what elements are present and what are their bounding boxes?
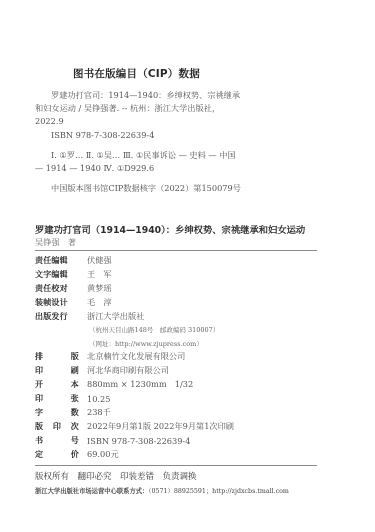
spec-value: 2022年9月第1版 2022年9月第1次印刷 [87, 421, 234, 432]
cip-entry-line-3: 2022.9 [35, 115, 275, 128]
publisher-address: （杭州天目山路148号 邮政编码 310007） [89, 325, 219, 334]
spec-label: 版印次 [35, 421, 79, 432]
spec-row-typesetting: 排版 北京楠竹文化发展有限公司 [35, 350, 185, 363]
spec-value: ISBN 978-7-308-22639-4 [87, 436, 190, 446]
cip-entry-line-1: 罗建功打官司：1914—1940：乡绅权势、宗祧继承 [35, 89, 275, 102]
cip-classification-line-2: — 1914 — 1940 Ⅳ. ①D929.6 [35, 162, 236, 175]
cip-classification: Ⅰ. ①罗… Ⅱ. ①吴… Ⅲ. ①民事诉讼 — 史料 — 中国 — 1914 … [35, 149, 236, 175]
credit-label: 文字编辑 [35, 269, 87, 280]
spec-label: 字数 [35, 407, 79, 418]
spec-label: 印张 [35, 393, 79, 404]
contact-info: 浙江大学出版社市场运营中心联系方式：（0571）88925591；http://… [35, 486, 289, 495]
spec-value: 238千 [87, 407, 111, 418]
spec-row-printing: 印刷 河北华商印刷有限公司 [35, 364, 169, 377]
spec-value: 北京楠竹文化发展有限公司 [87, 351, 185, 362]
rights-notice: 版权所有 翻印必究 印装差错 负责调换 [35, 470, 197, 482]
spec-row-isbn: 书号 ISBN 978-7-308-22639-4 [35, 434, 190, 447]
spec-value: 69.00元 [87, 449, 119, 460]
spec-row-wordcount: 字数 238千 [35, 406, 111, 419]
spec-value: 10.25 [87, 394, 110, 404]
credit-label: 责任校对 [35, 283, 87, 294]
publisher-website: （网址：http://www.zjupress.com） [89, 339, 203, 348]
cip-entry-line-2: 和妇女运动 / 吴铮强著. -- 杭州：浙江大学出版社， [35, 102, 275, 115]
credit-row-text-editor: 文字编辑 王 军 [35, 268, 112, 281]
credit-row-editor: 责任编辑 伏健强 [35, 254, 112, 267]
cip-heading: 图书在版编目（CIP）数据 [73, 66, 200, 81]
bottom-rule [35, 465, 317, 466]
cip-entry: 罗建功打官司：1914—1940：乡绅权势、宗祧继承 和妇女运动 / 吴铮强著.… [35, 89, 275, 128]
cip-classification-line-1: Ⅰ. ①罗… Ⅱ. ①吴… Ⅲ. ①民事诉讼 — 史料 — 中国 [35, 149, 236, 162]
spec-value: 880mm × 1230mm 1/32 [87, 379, 193, 390]
spec-label: 书号 [35, 435, 79, 446]
top-rule [35, 250, 317, 251]
credit-label: 责任编辑 [35, 255, 87, 266]
credit-value: 浙江大学出版社 [87, 311, 144, 322]
cip-verification: 中国版本图书馆CIP数据核字（2022）第150079号 [51, 182, 241, 195]
credit-label: 装帧设计 [35, 297, 87, 308]
contact-label: 浙江大学出版社市场运营中心联系方式： [35, 488, 148, 495]
contact-value: （0571）88925591；http://zjdxcbs.tmall.com [148, 488, 289, 495]
spec-row-sheets: 印张 10.25 [35, 392, 110, 405]
credit-row-publisher: 出版发行 浙江大学出版社 [35, 310, 144, 323]
cip-isbn: ISBN 978-7-308-22639-4 [51, 129, 154, 142]
credit-row-proofreader: 责任校对 黄梦瑶 [35, 282, 112, 295]
credit-row-designer: 装帧设计 毛 淳 [35, 296, 112, 309]
book-title: 罗建功打官司（1914—1940）：乡绅权势、宗祧继承和妇女运动 [35, 222, 305, 236]
credit-value: 黄梦瑶 [87, 283, 112, 294]
spec-label: 定价 [35, 449, 79, 460]
credit-value: 伏健强 [87, 255, 112, 266]
spec-row-edition: 版印次 2022年9月第1版 2022年9月第1次印刷 [35, 420, 234, 433]
credit-label: 出版发行 [35, 311, 87, 322]
book-author: 吴铮强 著 [35, 237, 76, 248]
spec-label: 排版 [35, 351, 79, 362]
credit-value: 王 军 [87, 269, 112, 280]
spec-row-format: 开本 880mm × 1230mm 1/32 [35, 378, 193, 391]
spec-value: 河北华商印刷有限公司 [87, 365, 169, 376]
spec-label: 开本 [35, 379, 79, 390]
spec-row-price: 定价 69.00元 [35, 448, 119, 461]
credit-value: 毛 淳 [87, 297, 112, 308]
spec-label: 印刷 [35, 365, 79, 376]
